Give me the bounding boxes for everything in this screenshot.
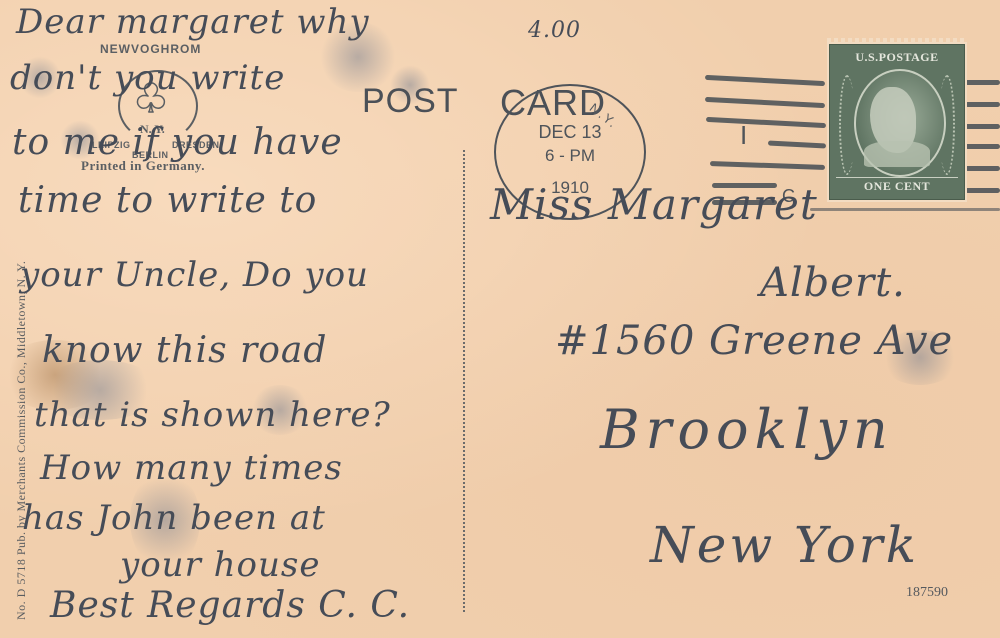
- message-line: don't you write: [10, 58, 285, 98]
- message-line: Dear margaret why: [16, 2, 370, 42]
- laurel-icon: [839, 75, 855, 175]
- publisher-imprint: No. D 5718 Pub. by Merchants Commission …: [14, 261, 29, 620]
- address-line: New York: [650, 516, 919, 574]
- price-note: 4.00: [528, 18, 581, 43]
- stamp-body: U.S.POSTAGE ONE CENT: [829, 44, 965, 200]
- postmark-time: 6 - PM: [496, 146, 644, 166]
- address-line: #1560 Greene Ave: [555, 318, 953, 364]
- message-line: to me if you have: [12, 122, 343, 163]
- message-line: your house: [120, 545, 320, 585]
- message-line: know this road: [42, 330, 327, 371]
- message-line: has John been at: [22, 498, 326, 538]
- address-line: Albert.: [760, 260, 906, 306]
- stamp-top-text: U.S.POSTAGE: [836, 50, 958, 64]
- message-line: How many times: [40, 448, 343, 488]
- address-line: Brooklyn: [600, 398, 894, 461]
- center-divider: [463, 150, 465, 612]
- message-line: time to write to: [18, 180, 317, 221]
- logo-arc-text: NEWVOGHROM: [100, 42, 201, 56]
- message-line: your Uncle, Do you: [20, 255, 369, 295]
- postage-stamp: U.S.POSTAGE ONE CENT: [827, 42, 967, 202]
- postmark-date: DEC 13: [496, 122, 644, 143]
- stamp-bottom-text: ONE CENT: [836, 177, 958, 193]
- postcard-back: NEWVOGHROM ♣ N. Y. LEIPZIG DRESDEN BERLI…: [0, 0, 1000, 638]
- portrait-bust-icon: [864, 141, 930, 167]
- cancel-mark-i: I: [740, 120, 747, 151]
- catalog-number: 187590: [906, 585, 948, 601]
- message-line: that is shown here?: [34, 395, 391, 435]
- address-line: Miss Margaret: [490, 180, 818, 229]
- signature-line: Best Regards C. C.: [50, 585, 410, 626]
- post-heading: POST: [362, 82, 459, 121]
